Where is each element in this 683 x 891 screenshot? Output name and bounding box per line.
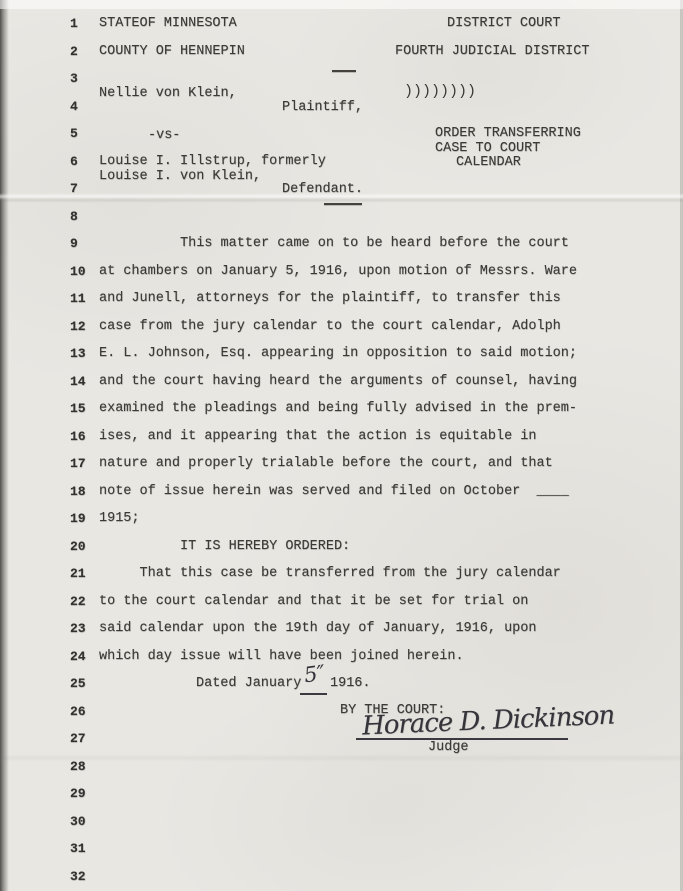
divider-dash-caption [324,203,362,205]
line-number: 31 [70,841,86,856]
body-line: That this case be transferred from the j… [99,566,561,581]
order-title-line-3: CALENDAR [456,155,521,171]
line-number: 24 [70,649,86,664]
header-county: COUNTY OF HENNEPIN [99,44,245,60]
line-number: 2 [70,44,78,59]
line-number: 18 [70,484,86,499]
versus-label: -vs- [148,128,180,144]
judge-title-label: Judge [428,740,469,756]
line-number: 26 [70,704,86,719]
line-number: 10 [70,264,86,279]
line-number: 23 [70,621,86,636]
body-line: said calendar upon the 19th day of Janua… [99,621,536,636]
body-line: and the court having heard the arguments… [99,374,577,389]
line-number: 4 [70,99,78,114]
dated-year: 1916. [330,676,371,692]
line-number: 8 [70,209,78,224]
plaintiff-name: Nellie von Klein, [99,86,237,102]
body-line: examined the pleadings and being fully a… [99,401,577,416]
body-line: and Junell, attorneys for the plaintiff,… [99,291,561,306]
handwritten-day: 5″ [302,661,326,688]
dated-prefix: Dated January [196,676,301,692]
line-number: 6 [70,154,78,169]
paper-crease-lower [0,754,683,762]
line-number: 1 [70,16,78,31]
line-number: 32 [70,869,86,884]
line-number: 7 [70,181,78,196]
line-number: 19 [70,511,86,526]
divider-dash-top [332,70,356,72]
body-line: at chambers on January 5, 1916, upon mot… [99,264,577,279]
body-line: This matter came on to be heard before t… [99,236,569,251]
line-number: 21 [70,566,86,581]
line-number: 16 [70,429,86,444]
body-line: 1915; [99,511,140,526]
ordering-clause-heading: IT IS HEREBY ORDERED: [99,539,350,554]
body-line: to the court calendar and that it be set… [99,594,528,609]
line-number: 27 [70,731,86,746]
defendant-role: Defendant. [282,182,363,198]
scanned-court-order-page: 1234567891011121314151617181920212223242… [0,0,683,891]
line-number: 28 [70,759,86,774]
line-number: 20 [70,539,86,554]
body-line: nature and properly trialable before the… [99,456,553,471]
line-number: 11 [70,291,86,306]
header-state: STATEOF MINNESOTA [99,16,237,32]
line-number: 14 [70,374,86,389]
plaintiff-role: Plaintiff, [282,100,363,116]
header-court: DISTRICT COURT [447,16,560,32]
line-number: 12 [70,319,86,334]
line-number: 30 [70,814,86,829]
line-number: 9 [70,236,78,251]
line-number: 13 [70,346,86,361]
body-line: E. L. Johnson, Esq. appearing in opposit… [99,346,577,361]
line-number: 25 [70,676,86,691]
line-number: 5 [70,126,78,141]
body-line: note of issue herein was served and file… [99,484,569,499]
defendant-name-2: Louise I. von Klein, [99,169,261,185]
line-number: 3 [70,71,78,86]
line-number: 17 [70,456,86,471]
dated-blank-underline [300,693,327,695]
body-line: which day issue will have been joined he… [99,649,464,664]
body-line: case from the jury calendar to the court… [99,319,561,334]
header-district: FOURTH JUDICIAL DISTRICT [395,44,589,60]
line-number: 22 [70,594,86,609]
caption-brace: )))))))) [404,85,413,99]
line-number: 15 [70,401,86,416]
scan-edge-top [0,0,683,9]
line-number: 29 [70,786,86,801]
body-line: ises, and it appearing that the action i… [99,429,536,444]
